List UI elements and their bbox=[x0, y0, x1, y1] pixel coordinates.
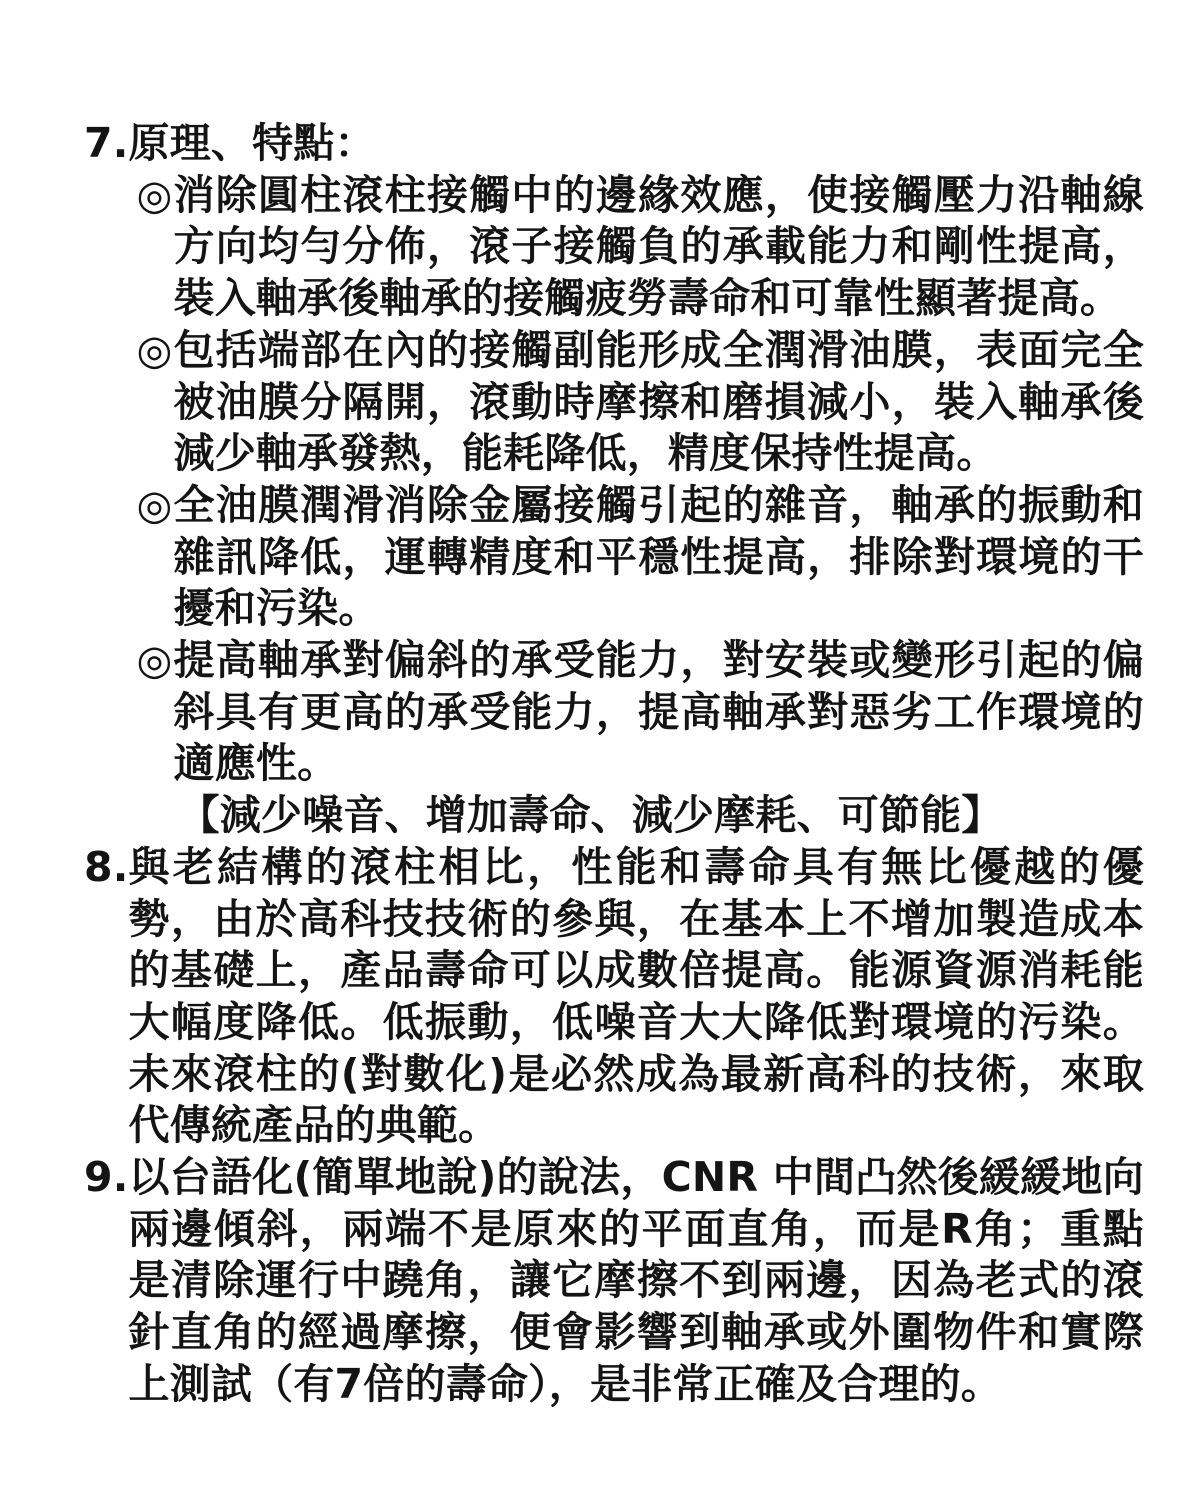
double-circle-bullet-icon: ◎ bbox=[137, 635, 174, 687]
item-9-text: 以台語化(簡單地說)的說法，CNR 中間凸然後緩緩地向兩邊傾斜，兩端不是原來的平… bbox=[129, 1152, 1144, 1411]
list-item-8: 8. 與老結構的滾柱相比，性能和壽命具有無比優越的優勢，由於高科技技術的參與，在… bbox=[84, 842, 1144, 1152]
double-circle-bullet-icon: ◎ bbox=[137, 170, 174, 222]
double-circle-bullet-icon: ◎ bbox=[137, 480, 174, 532]
document-page: 7. 原理、特點： ◎ 消除圓柱滾柱接觸中的邊緣效應，使接觸壓力沿軸線方向均勻分… bbox=[0, 0, 1200, 1411]
bullet-item: ◎ 提高軸承對偏斜的承受能力，對安裝或變形引起的偏斜具有更高的承受能力，提高軸承… bbox=[137, 635, 1144, 790]
bullet-text: 全油膜潤滑消除金屬接觸引起的雜音，軸承的振動和雜訊降低，運轉精度和平穩性提高，排… bbox=[174, 480, 1144, 635]
bracketed-summary-note: 【減少噪音、增加壽命、減少摩耗、可節能】 bbox=[179, 790, 1144, 842]
item-7-bullet-list: ◎ 消除圓柱滾柱接觸中的邊緣效應，使接觸壓力沿軸線方向均勻分佈，滾子接觸負的承載… bbox=[137, 170, 1144, 790]
list-item-7: 7. 原理、特點： ◎ 消除圓柱滾柱接觸中的邊緣效應，使接觸壓力沿軸線方向均勻分… bbox=[84, 118, 1144, 842]
bullet-text: 提高軸承對偏斜的承受能力，對安裝或變形引起的偏斜具有更高的承受能力，提高軸承對惡… bbox=[174, 635, 1144, 790]
item-7-title: 原理、特點： bbox=[129, 118, 1144, 170]
double-circle-bullet-icon: ◎ bbox=[137, 325, 174, 377]
list-item-9: 9. 以台語化(簡單地說)的說法，CNR 中間凸然後緩緩地向兩邊傾斜，兩端不是原… bbox=[84, 1152, 1144, 1411]
bullet-item: ◎ 包括端部在內的接觸副能形成全潤滑油膜，表面完全被油膜分隔開，滾動時摩擦和磨損… bbox=[137, 325, 1144, 480]
bullet-text: 消除圓柱滾柱接觸中的邊緣效應，使接觸壓力沿軸線方向均勻分佈，滾子接觸負的承載能力… bbox=[174, 170, 1144, 325]
item-7-number: 7. bbox=[84, 118, 129, 170]
item-8-text: 與老結構的滾柱相比，性能和壽命具有無比優越的優勢，由於高科技技術的參與，在基本上… bbox=[129, 842, 1144, 1152]
item-9-number: 9. bbox=[84, 1152, 129, 1204]
bullet-item: ◎ 消除圓柱滾柱接觸中的邊緣效應，使接觸壓力沿軸線方向均勻分佈，滾子接觸負的承載… bbox=[137, 170, 1144, 325]
bullet-text: 包括端部在內的接觸副能形成全潤滑油膜，表面完全被油膜分隔開，滾動時摩擦和磨損減小… bbox=[174, 325, 1144, 480]
item-7-body: 原理、特點： ◎ 消除圓柱滾柱接觸中的邊緣效應，使接觸壓力沿軸線方向均勻分佈，滾… bbox=[129, 118, 1144, 842]
item-8-number: 8. bbox=[84, 842, 129, 894]
bullet-item: ◎ 全油膜潤滑消除金屬接觸引起的雜音，軸承的振動和雜訊降低，運轉精度和平穩性提高… bbox=[137, 480, 1144, 635]
